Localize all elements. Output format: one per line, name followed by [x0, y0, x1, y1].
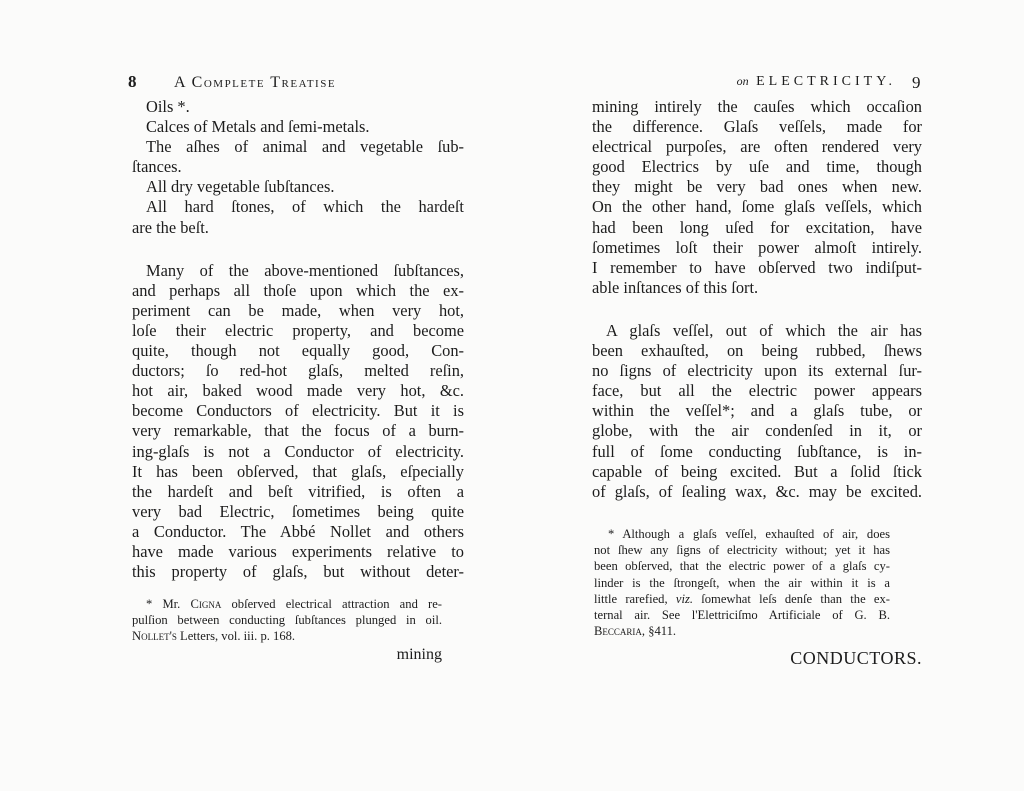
footnote-text: viz.: [676, 592, 693, 606]
running-head-left: 8 A Complete Treatise: [132, 74, 464, 94]
text-line: face, but all the electric power appears: [592, 381, 922, 401]
text-line: capable of being excited. But a ſolid ſt…: [592, 462, 922, 482]
footnote-text: linder is the ſtrongeſt, when the air wi…: [594, 576, 890, 590]
footnote-line: Nollet's Letters, vol. iii. p. 168.: [132, 628, 442, 644]
running-title: on ELECTRICITY.: [737, 74, 896, 90]
text-line: a Conductor. The Abbé Nollet and others: [132, 522, 464, 542]
text-line: Oils *.: [132, 97, 464, 117]
text-line: of glaſs, of ſealing wax, &c. may be exc…: [592, 482, 922, 502]
text-line: The aſhes of animal and vegetable ſub-: [132, 137, 464, 157]
footnote-line: ternal air. See l'Elettriciſmo Artificia…: [594, 607, 890, 623]
text-line: ſtances.: [132, 157, 464, 177]
body-text: mining intirely the cauſes which occaſio…: [592, 97, 922, 502]
text-line: electrical purpoſes, are often rendered …: [592, 137, 922, 157]
footnote-text: Cigna: [190, 597, 221, 611]
body-text: Oils *.Calces of Metals and ſemi-metals.…: [132, 97, 464, 582]
text-line: ductors; ſo red-hot glaſs, melted reſin,: [132, 361, 464, 381]
text-line: ing-glaſs is not a Conductor of electric…: [132, 442, 464, 462]
footnote-text: obſerved electrical attraction and re-: [221, 597, 442, 611]
text-line: the difference. Glaſs veſſels, made for: [592, 117, 922, 137]
running-title: A Complete Treatise: [174, 74, 336, 92]
page-number: 8: [128, 72, 138, 92]
footnote-text: , §411.: [642, 624, 676, 638]
page-number: 9: [912, 73, 922, 93]
footnote: * Although a glaſs veſſel, exhauſted of …: [594, 526, 890, 639]
running-head-right: on ELECTRICITY. 9: [592, 74, 922, 94]
text-line: have made various experiments relative t…: [132, 542, 464, 562]
text-line: and perhaps all thoſe upon which the ex-: [132, 281, 464, 301]
footnote-line: pulſion between conducting ſubſtances pl…: [132, 612, 442, 628]
footnote-text: Letters, vol. iii. p. 168.: [177, 629, 295, 643]
running-title-main: ELECTRICITY.: [756, 74, 896, 89]
footnote-text: little rarefied,: [594, 592, 676, 606]
text-line: mining intirely the cauſes which occaſio…: [592, 97, 922, 117]
text-line: A glaſs veſſel, out of which the air has: [592, 321, 922, 341]
text-line: are the beſt.: [132, 218, 464, 238]
text-line: able inſtances of this ſort.: [592, 278, 922, 298]
footnote-text: Beccaria: [594, 624, 642, 638]
text-line: good Electrics by uſe and time, though: [592, 157, 922, 177]
paragraph-gap: [592, 298, 922, 321]
footnote-text: * Although a glaſs veſſel, exhauſted of …: [608, 527, 890, 541]
text-line: very bad Electric, ſometimes being quite: [132, 502, 464, 522]
running-title-prefix: on: [737, 74, 749, 88]
paragraph-gap: [132, 238, 464, 261]
footnote: * Mr. Cigna obſerved electrical attracti…: [132, 596, 442, 645]
text-line: very remarkable, that the focus of a bur…: [132, 421, 464, 441]
footnote-text: Nollet's: [132, 629, 177, 643]
text-line: within the veſſel*; and a glaſs tube, or: [592, 401, 922, 421]
footnote-text: been obſerved, that the electric power o…: [594, 559, 890, 573]
text-line: Calces of Metals and ſemi-metals.: [132, 117, 464, 137]
footnote-text: ſomewhat leſs denſe than the ex-: [693, 592, 890, 606]
text-line: they might be very bad ones when new.: [592, 177, 922, 197]
text-line: become Conductors of electricity. But it…: [132, 401, 464, 421]
footnote-line: been obſerved, that the electric power o…: [594, 558, 890, 574]
text-line: been exhauſted, on being rubbed, ſhews: [592, 341, 922, 361]
text-line: periment can be made, when very hot,: [132, 301, 464, 321]
text-line: had been long uſed for excitation, have: [592, 218, 922, 238]
text-line: loſe their electric property, and become: [132, 321, 464, 341]
footnote-line: * Although a glaſs veſſel, exhauſted of …: [594, 526, 890, 542]
text-line: no ſigns of electricity upon its externa…: [592, 361, 922, 381]
text-line: full of ſome conducting ſubſtance, is in…: [592, 442, 922, 462]
text-line: Many of the above-mentioned ſubſtances,: [132, 261, 464, 281]
text-line: this property of glaſs, but without dete…: [132, 562, 464, 582]
footnote-line: * Mr. Cigna obſerved electrical attracti…: [132, 596, 442, 612]
footnote-text: not ſhew any ſigns of electricity withou…: [594, 543, 890, 557]
footnote-text: * Mr.: [146, 597, 190, 611]
text-line: ſometimes loſt their power almoſt intire…: [592, 238, 922, 258]
text-line: All hard ſtones, of which the hardeſt: [132, 197, 464, 217]
text-line: I remember to have obſerved two indiſput…: [592, 258, 922, 278]
catchword: mining: [397, 646, 442, 664]
text-line: On the other hand, ſome glaſs veſſels, w…: [592, 197, 922, 217]
text-line: the hardeſt and beſt vitrified, is often…: [132, 482, 464, 502]
catchword: CONDUCTORS.: [790, 648, 922, 669]
text-line: It has been obſerved, that glaſs, eſpeci…: [132, 462, 464, 482]
footnote-line: not ſhew any ſigns of electricity withou…: [594, 542, 890, 558]
footnote-line: Beccaria, §411.: [594, 623, 890, 639]
text-line: All dry vegetable ſubſtances.: [132, 177, 464, 197]
text-line: quite, though not equally good, Con-: [132, 341, 464, 361]
footnote-line: linder is the ſtrongeſt, when the air wi…: [594, 575, 890, 591]
text-line: globe, with the air condenſed in it, or: [592, 421, 922, 441]
footnote-line: little rarefied, viz. ſomewhat leſs denſ…: [594, 591, 890, 607]
footnote-text: pulſion between conducting ſubſtances pl…: [132, 613, 442, 627]
text-line: hot air, baked wood made very hot, &c.: [132, 381, 464, 401]
footnote-text: ternal air. See l'Elettriciſmo Artificia…: [594, 608, 890, 622]
